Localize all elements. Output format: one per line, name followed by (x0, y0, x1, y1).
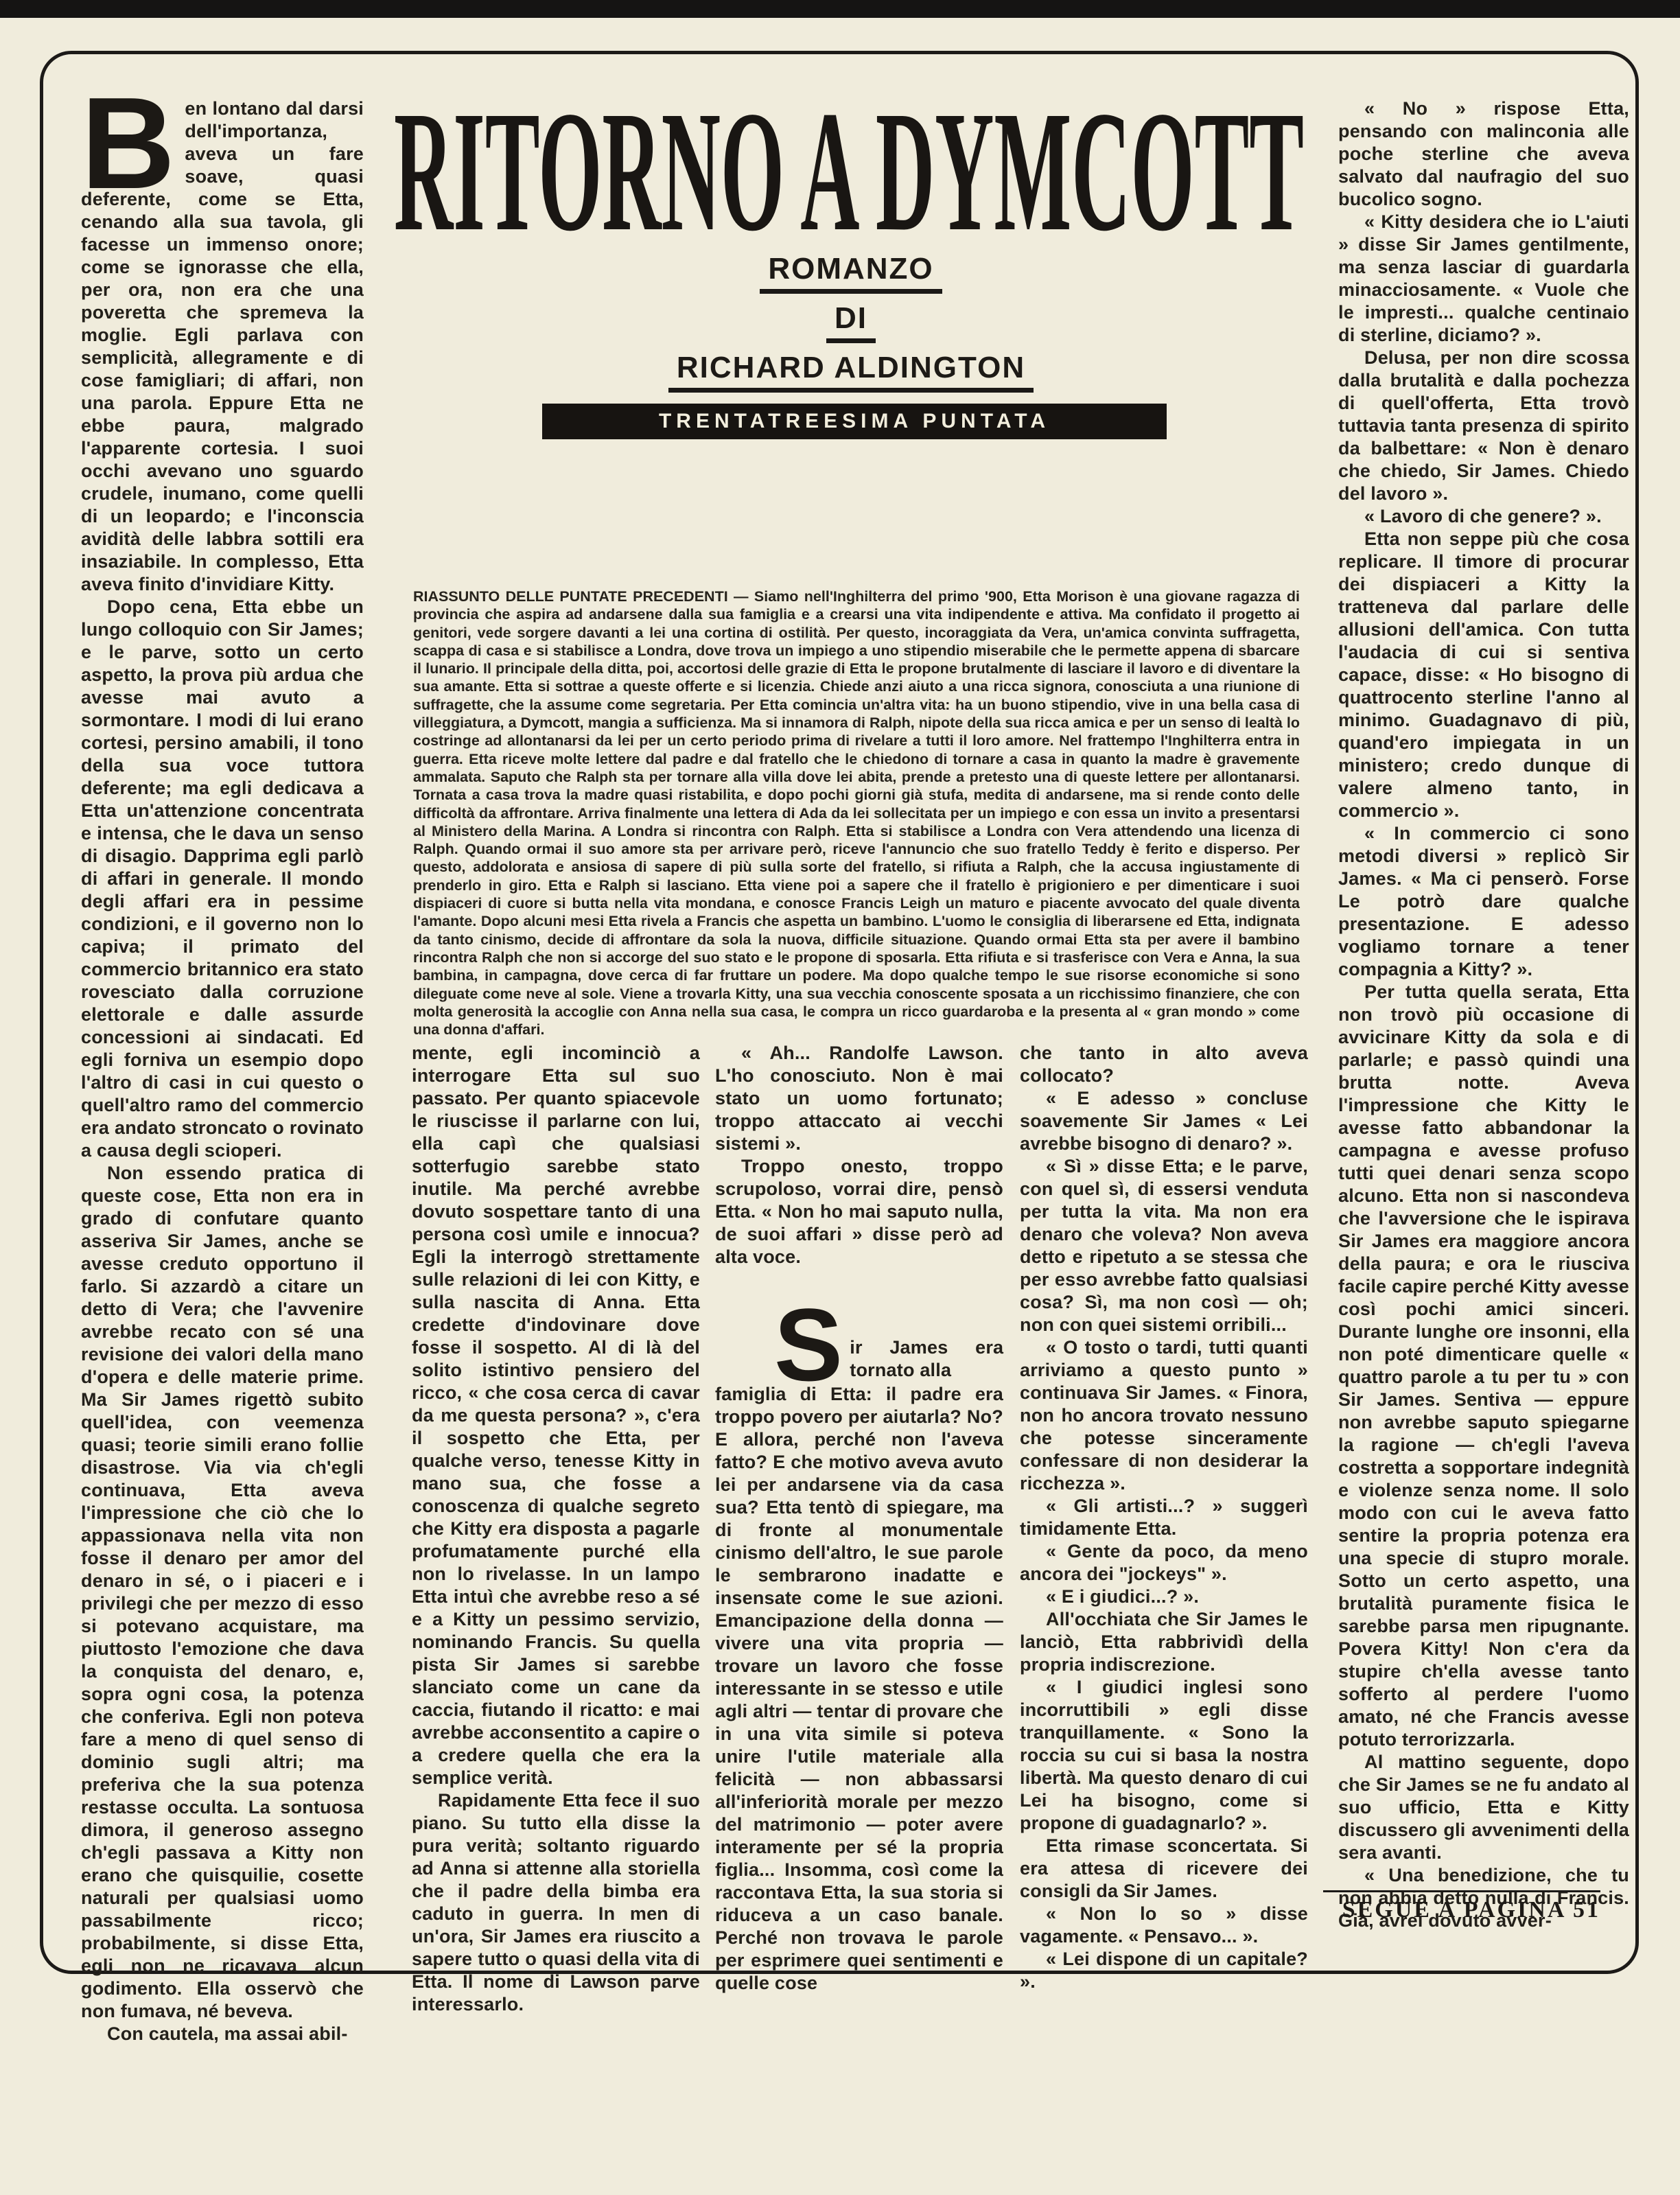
paragraph: Al mattino seguente, dopo che Sir James … (1338, 1751, 1629, 1864)
paragraph: Con cautela, ma assai abil- (81, 2023, 364, 2045)
dropcap-row: S ir James era tornato alla (715, 1306, 1003, 1383)
paragraph: Etta rimase sconcertata. Si era attesa d… (1020, 1835, 1308, 1903)
recap-body: Siamo nell'Inghilterra del primo '900, E… (413, 588, 1300, 1038)
paragraph: « Lei dispone di un capitale? ». (1020, 1948, 1308, 1993)
paragraph: Per tutta quella serata, Etta non trovò … (1338, 981, 1629, 1751)
paragraph: « No » rispose Etta, pensando con malinc… (1338, 97, 1629, 211)
paragraph: famiglia di Etta: il padre era troppo po… (715, 1383, 1003, 1995)
column-3: « Ah... Randolfe Lawson. L'ho conosciuto… (715, 1042, 1003, 1995)
paragraph: « Non lo so » disse vagamente. « Pensavo… (1020, 1903, 1308, 1948)
paragraph: Ben lontano dal darsi dell'importanza, a… (81, 97, 364, 596)
dropcap-letter-b: B (81, 102, 175, 185)
scan-edge-bar (0, 0, 1680, 18)
paragraph: « O tosto o tardi, tutti quanti arriviam… (1020, 1336, 1308, 1495)
paragraph: Rapidamente Etta fece il suo piano. Su t… (412, 1789, 700, 2016)
paragraph: che tanto in alto aveva collocato? (1020, 1042, 1308, 1087)
continuation-rule (1323, 1890, 1600, 1892)
paragraph: « Kitty desidera che io L'aiuti » disse … (1338, 211, 1629, 347)
recap-block: RIASSUNTO DELLE PUNTATE PRECEDENTI — Sia… (413, 588, 1300, 1038)
paragraph: « Ah... Randolfe Lawson. L'ho conosciuto… (715, 1042, 1003, 1155)
column-1: Ben lontano dal darsi dell'importanza, a… (81, 97, 364, 2045)
paragraph: « Sì » disse Etta; e le parve, con quel … (1020, 1155, 1308, 1336)
paragraph: mente, egli incominciò a interrogare Ett… (412, 1042, 700, 1789)
headline-art: RITORNO A DYMCOTT (393, 103, 1308, 240)
paragraph: Non essendo pratica di queste cose, Etta… (81, 1162, 364, 2023)
paragraph: Delusa, per non dire scossa dalla brutal… (1338, 347, 1629, 505)
column-2: mente, egli incominciò a interrogare Ett… (412, 1042, 700, 2016)
paragraph: « I giudici inglesi sono incorruttibili … (1020, 1676, 1308, 1835)
dropcap-letter-s: S (774, 1306, 843, 1383)
paragraph: « Gente da poco, da meno ancora dei "joc… (1020, 1540, 1308, 1586)
column-4: che tanto in alto aveva collocato? « E a… (1020, 1042, 1308, 1993)
subtitle-di: DI (826, 303, 876, 343)
magazine-page: Ben lontano dal darsi dell'importanza, a… (0, 0, 1680, 2195)
paragraph: Etta non seppe più che cosa replicare. I… (1338, 528, 1629, 822)
dropcap-side-text: ir James era tornato alla (850, 1306, 1003, 1382)
page-title: RITORNO A DYMCOTT (394, 76, 1304, 267)
paragraph: « E i giudici...? ». (1020, 1586, 1308, 1608)
paragraph: All'occhiata che Sir James le lanciò, Et… (1020, 1608, 1308, 1676)
paragraph: Troppo onesto, troppo scrupoloso, vorrai… (715, 1155, 1003, 1268)
recap-lead: RIASSUNTO DELLE PUNTATE PRECEDENTI — (413, 588, 749, 605)
paragraph: « E adesso » concluse soavemente Sir Jam… (1020, 1087, 1308, 1155)
paragraph: « Gli artisti...? » suggerì timidamente … (1020, 1495, 1308, 1540)
column-5: « No » rispose Etta, pensando con malinc… (1338, 97, 1629, 1932)
subtitle-author: RICHARD ALDINGTON (668, 353, 1034, 393)
paragraph: Dopo cena, Etta ebbe un lungo colloquio … (81, 596, 364, 1162)
paragraph: « Lavoro di che genere? ». (1338, 505, 1629, 528)
subtitle-romanzo: ROMANZO (760, 254, 942, 294)
installment-banner-text: TRENTATREESIMA PUNTATA (659, 410, 1050, 433)
headline-block: RITORNO A DYMCOTT (393, 103, 1308, 240)
installment-banner: TRENTATREESIMA PUNTATA (542, 404, 1167, 439)
continuation-note: SEGUE A PAGINA 51 (1323, 1897, 1600, 1923)
paragraph: « In commercio ci sono metodi diversi » … (1338, 822, 1629, 981)
subtitle-block: ROMANZO DI RICHARD ALDINGTON (395, 254, 1307, 402)
